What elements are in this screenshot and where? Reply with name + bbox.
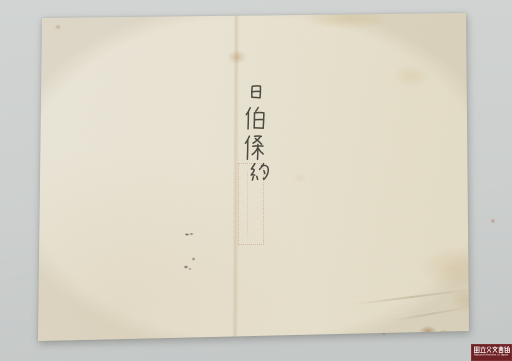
wm-bun — [492, 346, 497, 352]
watermark-kanji-art — [474, 346, 510, 354]
wm-kuni — [474, 347, 479, 353]
wm-kou — [487, 346, 491, 352]
paper-shadow-wrap: 日伯條約 — [0, 0, 512, 361]
kanji-haku — [246, 107, 264, 129]
ink-smudge — [182, 264, 192, 271]
ink-smudge — [190, 256, 197, 262]
wm-ritsu — [480, 346, 485, 352]
handwritten-title-text: 日伯條約 — [0, 0, 1, 1]
kanji-nichi — [252, 86, 261, 98]
kanji-jou — [245, 136, 263, 160]
wm-kan — [504, 346, 509, 352]
wm-sho — [499, 346, 503, 352]
watermark-en-text: National Archives of Japan — [474, 354, 509, 357]
ink-smudge — [184, 232, 194, 237]
document-page: 日伯條約 — [0, 0, 512, 361]
scan-backdrop: 日伯條約 — [0, 0, 512, 361]
archives-watermark-badge: 国立公文書館 National Archives of Japan — [471, 344, 512, 361]
handwritten-title-calligraphy — [241, 80, 279, 193]
kanji-yaku — [251, 163, 268, 180]
